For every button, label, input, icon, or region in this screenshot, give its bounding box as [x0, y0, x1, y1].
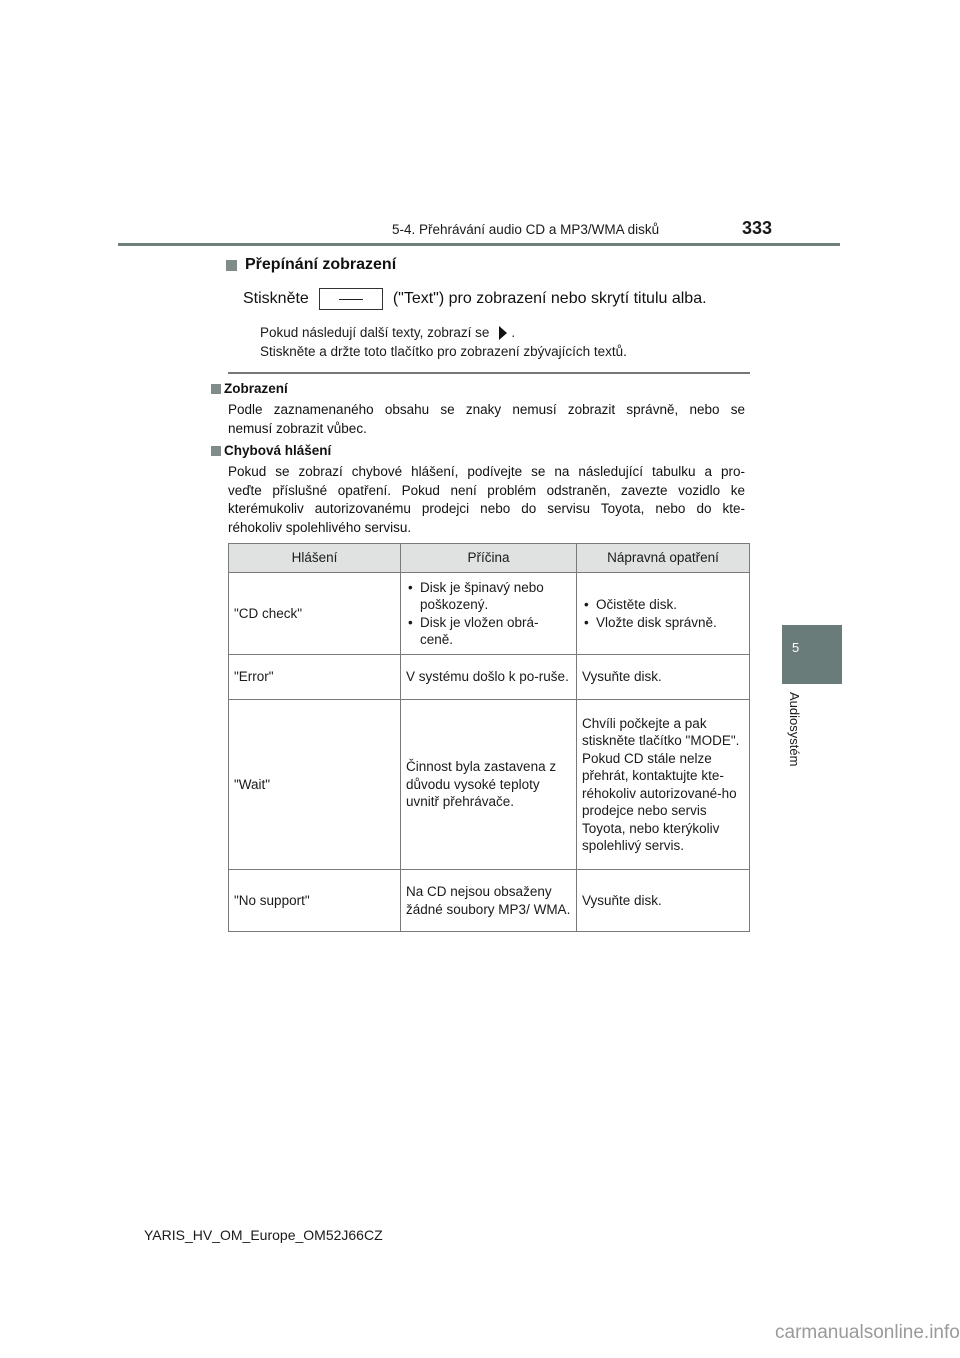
note-title-display: Zobrazení: [211, 381, 288, 396]
cause-cell: V systému došlo k po-ruše.: [401, 655, 577, 700]
column-header-cause: Příčina: [401, 544, 577, 573]
square-bullet-icon: [211, 384, 221, 394]
message-cell: "No support": [229, 870, 401, 932]
dash-key-icon: [319, 288, 383, 310]
cause-bullet: Disk je vložen obrá-ceně.: [406, 614, 571, 649]
paragraph-line: kterémukoliv autorizovanému prodejci neb…: [228, 500, 745, 519]
section-title-text: Přepínání zobrazení: [245, 256, 396, 274]
column-header-message: Hlášení: [229, 544, 401, 573]
right-triangle-icon: [499, 326, 507, 340]
paragraph-line: Podle zaznamenaného obsahu se znaky nemu…: [228, 401, 745, 420]
chapter-label: Audiosystém: [787, 692, 802, 766]
square-bullet-icon: [211, 446, 221, 456]
cause-cell: Disk je špinavý nebo poškozený. Disk je …: [401, 573, 577, 655]
page-number: 333: [742, 218, 772, 239]
action-cell: Vysuňte disk.: [577, 870, 750, 932]
action-cell: Chvíli počkejte a pak stiskněte tlačítko…: [577, 700, 750, 870]
chapter-tab: [782, 625, 842, 684]
note-title-text: Chybová hlášení: [224, 443, 331, 458]
cause-bullet: Disk je špinavý nebo poškozený.: [406, 579, 571, 614]
table-header-row: Hlášení Příčina Nápravná opatření: [229, 544, 750, 573]
action-cell: Vysuňte disk.: [577, 655, 750, 700]
cause-cell: Na CD nejsou obsaženy žádné soubory MP3/…: [401, 870, 577, 932]
paragraph-line: Pokud se zobrazí chybové hlášení, podíve…: [228, 463, 745, 482]
note-line-1: Pokud následují další texty, zobrazí se …: [260, 325, 515, 340]
note-paragraph-errors: Pokud se zobrazí chybové hlášení, podíve…: [228, 463, 745, 537]
cause-cell: Činnost byla zastavena z důvodu vysoké t…: [401, 700, 577, 870]
square-bullet-icon: [226, 260, 237, 271]
paragraph-line: veďte příslušné opatření. Pokud není pro…: [228, 482, 745, 501]
action-bullet: Vložte disk správně.: [582, 614, 744, 632]
table-row: "No support" Na CD nejsou obsaženy žádné…: [229, 870, 750, 932]
document-code: YARIS_HV_OM_Europe_OM52J66CZ: [144, 1227, 383, 1243]
note-title-errors: Chybová hlášení: [211, 443, 331, 458]
section-title: Přepínání zobrazení: [226, 256, 396, 274]
note-title-text: Zobrazení: [224, 381, 288, 396]
instruction-prefix: Stiskněte: [243, 290, 309, 308]
instruction-suffix: ("Text") pro zobrazení nebo skrytí titul…: [393, 290, 707, 308]
section-header: 5-4. Přehrávání audio CD a MP3/WMA disků: [392, 222, 659, 237]
error-message-table: Hlášení Příčina Nápravná opatření "CD ch…: [228, 543, 750, 932]
note-line-2: Stiskněte a držte toto tlačítko pro zobr…: [260, 344, 627, 359]
note-line-1-suffix: .: [511, 325, 515, 340]
header-divider: [118, 243, 840, 246]
table-row: "Error" V systému došlo k po-ruše. Vysuň…: [229, 655, 750, 700]
message-cell: "CD check": [229, 573, 401, 655]
message-cell: "Error": [229, 655, 401, 700]
paragraph-line: nemusí zobrazit vůbec.: [228, 420, 745, 439]
column-header-action: Nápravná opatření: [577, 544, 750, 573]
action-bullet: Očistěte disk.: [582, 596, 744, 614]
section-divider: [228, 372, 750, 374]
table-row: "CD check" Disk je špinavý nebo poškozen…: [229, 573, 750, 655]
instruction-line: Stiskněte ("Text") pro zobrazení nebo sk…: [243, 288, 707, 310]
note-line-1-text: Pokud následují další texty, zobrazí se: [260, 325, 489, 340]
message-cell: "Wait": [229, 700, 401, 870]
watermark: carmanualsonline.info: [775, 1322, 960, 1344]
note-paragraph-display: Podle zaznamenaného obsahu se znaky nemu…: [228, 401, 745, 438]
action-cell: Očistěte disk. Vložte disk správně.: [577, 573, 750, 655]
chapter-number: 5: [792, 640, 799, 655]
table-row: "Wait" Činnost byla zastavena z důvodu v…: [229, 700, 750, 870]
paragraph-line: réhokoliv spolehlivého servisu.: [228, 519, 745, 538]
